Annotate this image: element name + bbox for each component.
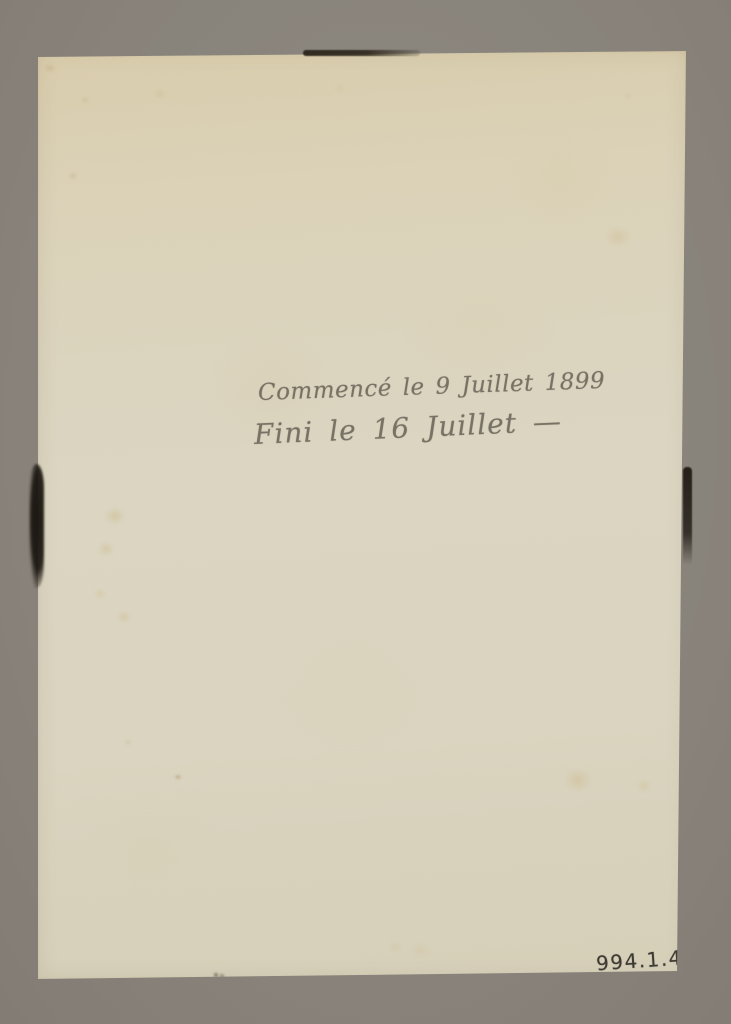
stain bbox=[44, 63, 56, 73]
stain bbox=[154, 89, 166, 99]
stain bbox=[605, 226, 631, 248]
stain bbox=[104, 507, 126, 526]
photograph-of-paper-verso: Commencé le 9 Juillet 1899 Fini le 16 Ju… bbox=[0, 0, 731, 1024]
stain bbox=[124, 739, 132, 746]
stain bbox=[500, 129, 620, 231]
stain bbox=[219, 973, 225, 978]
stain bbox=[333, 82, 347, 94]
stain bbox=[563, 767, 593, 793]
stain bbox=[80, 96, 90, 105]
stain bbox=[97, 541, 115, 556]
paper-sheet: Commencé le 9 Juillet 1899 Fini le 16 Ju… bbox=[36, 49, 688, 981]
stain bbox=[80, 791, 220, 910]
stain bbox=[260, 604, 440, 757]
stain bbox=[410, 942, 430, 959]
stain bbox=[388, 941, 402, 953]
stain bbox=[623, 92, 633, 101]
stain bbox=[68, 172, 78, 181]
accession-number: 994.1.42 bbox=[595, 945, 697, 976]
stain bbox=[174, 774, 182, 781]
stain bbox=[636, 779, 652, 793]
stain bbox=[116, 610, 132, 624]
stain bbox=[93, 588, 107, 600]
tape-mark-right bbox=[683, 467, 692, 565]
